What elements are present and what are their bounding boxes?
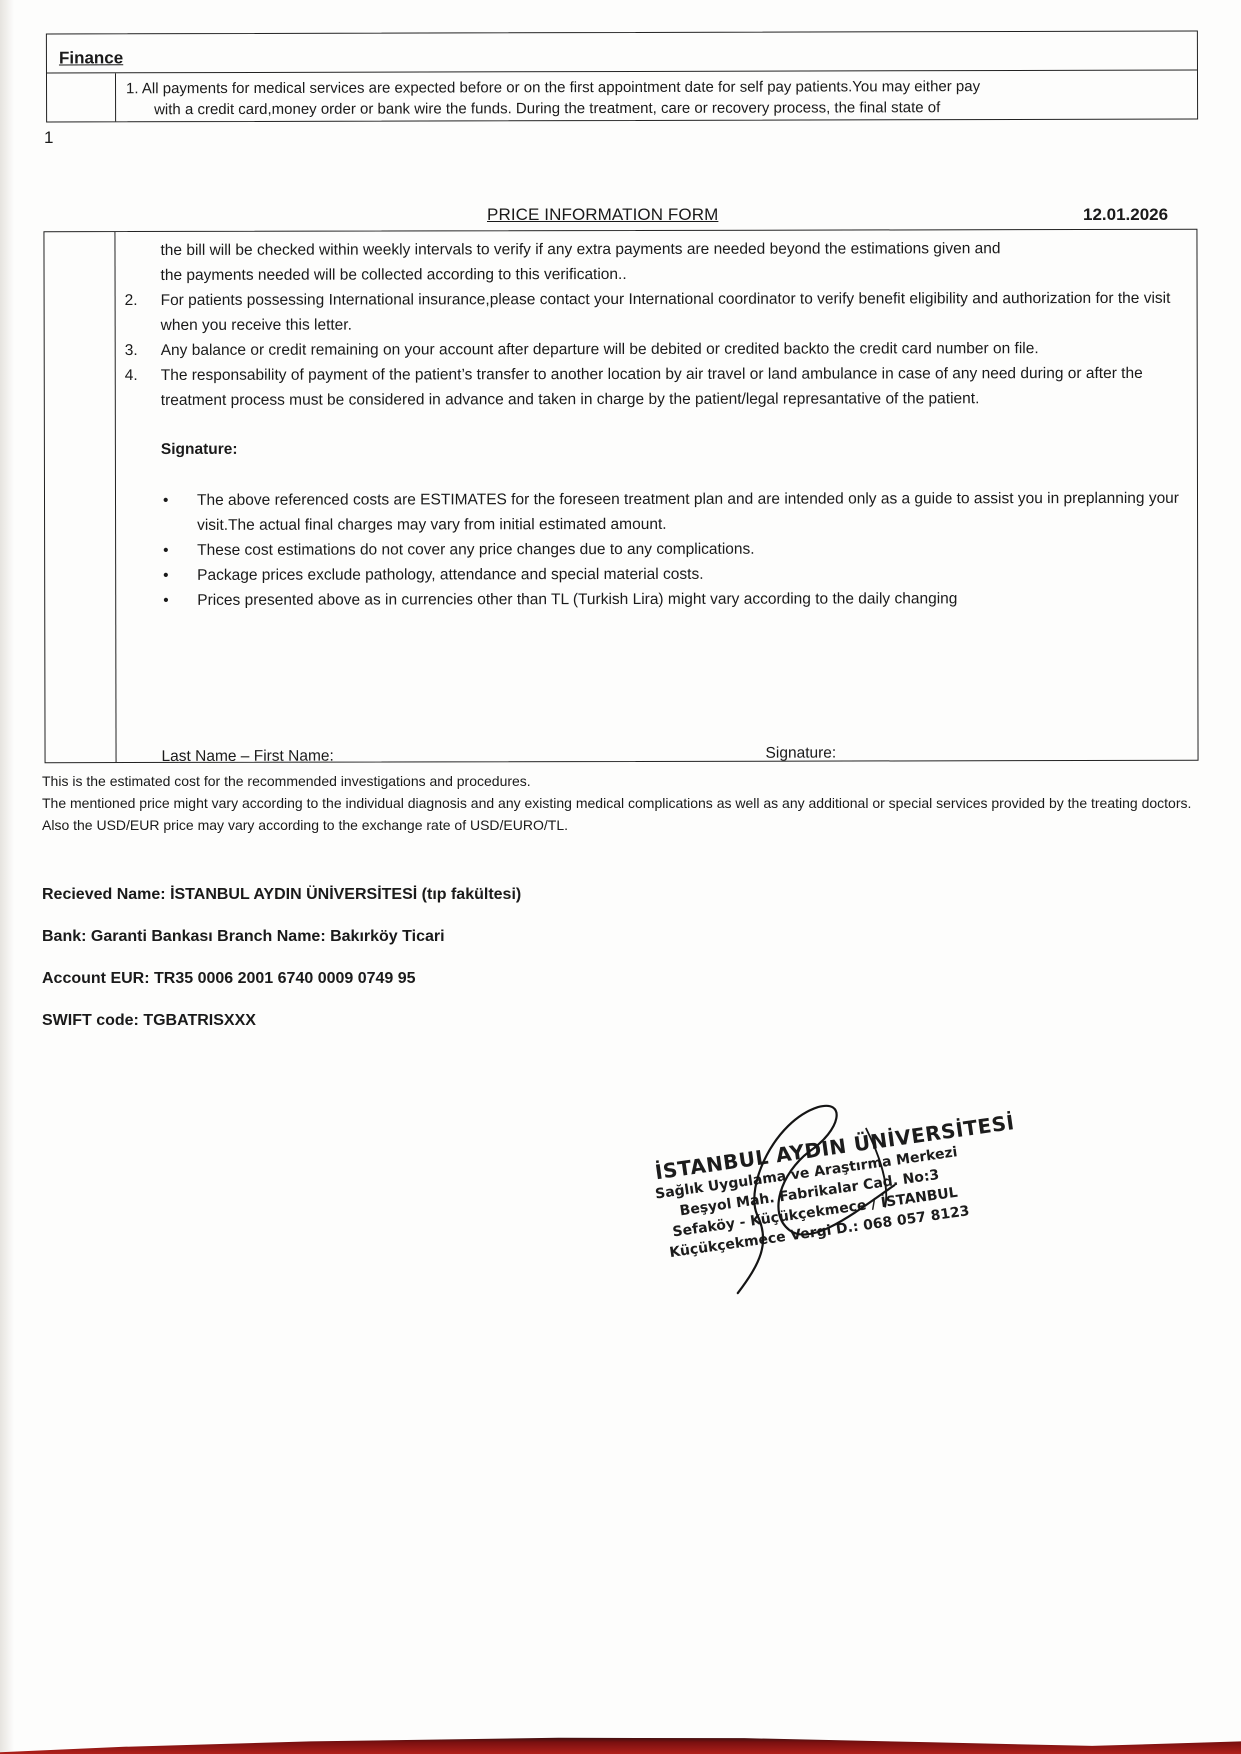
signature-heading: Signature: — [125, 435, 1189, 462]
swift-code: SWIFT code: TGBATRISXXX — [42, 1006, 521, 1048]
item-number: 2. — [125, 288, 138, 313]
page-number: 1 — [44, 128, 53, 148]
bullet-item: • Prices presented above as in currencie… — [125, 586, 1189, 613]
finance-header-row: Finance — [47, 31, 1197, 73]
bank-details: Recieved Name: İSTANBUL AYDIN ÜNİVERSİTE… — [42, 880, 521, 1048]
bullet-item: • Package prices exclude pathology, atte… — [125, 561, 1189, 588]
account-eur: Account EUR: TR35 0006 2001 6740 0009 07… — [42, 964, 521, 1006]
terms-item-4: 4. The responsability of payment of the … — [125, 361, 1189, 413]
bullet-item: • These cost estimations do not cover an… — [125, 536, 1189, 563]
finance-item-1-line-2: with a credit card,money order or bank w… — [126, 97, 1187, 121]
bullet-icon: • — [163, 588, 168, 613]
bank-branch: Bank: Garanti Bankası Branch Name: Bakır… — [42, 922, 521, 964]
bullet-icon: • — [163, 563, 168, 588]
handwritten-signature-icon — [643, 1072, 1008, 1317]
item-1-continued-line-1: the bill will be checked within weekly i… — [160, 236, 1188, 263]
note-line-1: This is the estimated cost for the recom… — [42, 770, 1212, 792]
item-1-continued: the bill will be checked within weekly i… — [124, 236, 1188, 288]
item-text: The responsability of payment of the pat… — [161, 365, 1143, 409]
finance-table: Finance 1. All payments for medical serv… — [46, 30, 1198, 122]
item-number: 4. — [125, 363, 138, 388]
signature-field-label: Signature: — [766, 745, 837, 763]
page-edge-shadow — [0, 0, 14, 1754]
page-bottom-edge — [0, 1736, 1241, 1754]
form-terms-box: the bill will be checked within weekly i… — [43, 229, 1198, 763]
finance-item-1: 1. All payments for medical services are… — [116, 70, 1197, 121]
bullet-item: • The above referenced costs are ESTIMAT… — [125, 486, 1189, 538]
terms-content: the bill will be checked within weekly i… — [124, 236, 1189, 613]
finance-left-cell — [47, 73, 116, 121]
bullet-text: These cost estimations do not cover any … — [197, 541, 754, 559]
bullet-icon: • — [163, 488, 168, 513]
bullet-text: Prices presented above as in currencies … — [197, 590, 957, 609]
bullet-icon: • — [163, 538, 168, 563]
cost-notes: This is the estimated cost for the recom… — [42, 770, 1212, 836]
terms-item-2: 2. For patients possessing International… — [125, 286, 1189, 338]
finance-item-1-line-1: 1. All payments for medical services are… — [126, 78, 980, 97]
finance-title: Finance — [59, 48, 123, 68]
university-stamp: İSTANBUL AYDIN ÜNİVERSİTESİ Sağlık Uygul… — [643, 1072, 1008, 1317]
bullet-text: The above referenced costs are ESTIMATES… — [197, 490, 1179, 534]
form-title: PRICE INFORMATION FORM — [487, 205, 718, 225]
column-divider — [114, 232, 116, 762]
item-text: For patients possessing International in… — [161, 290, 1171, 334]
bullet-text: Package prices exclude pathology, attend… — [197, 566, 703, 584]
terms-item-3: 3. Any balance or credit remaining on yo… — [125, 336, 1189, 363]
item-1-continued-line-2: the payments needed will be collected ac… — [161, 261, 1189, 288]
name-field-label: Last Name – First Name: — [162, 748, 334, 765]
received-name: Recieved Name: İSTANBUL AYDIN ÜNİVERSİTE… — [42, 880, 521, 922]
signature-row: Last Name – First Name: Signature: — [162, 746, 1162, 766]
form-date: 12.01.2026 — [1083, 205, 1168, 225]
item-text: Any balance or credit remaining on your … — [161, 340, 1039, 359]
item-number: 3. — [125, 338, 138, 363]
note-line-2: The mentioned price might vary according… — [42, 792, 1212, 836]
finance-item-row: 1. All payments for medical services are… — [47, 70, 1197, 121]
